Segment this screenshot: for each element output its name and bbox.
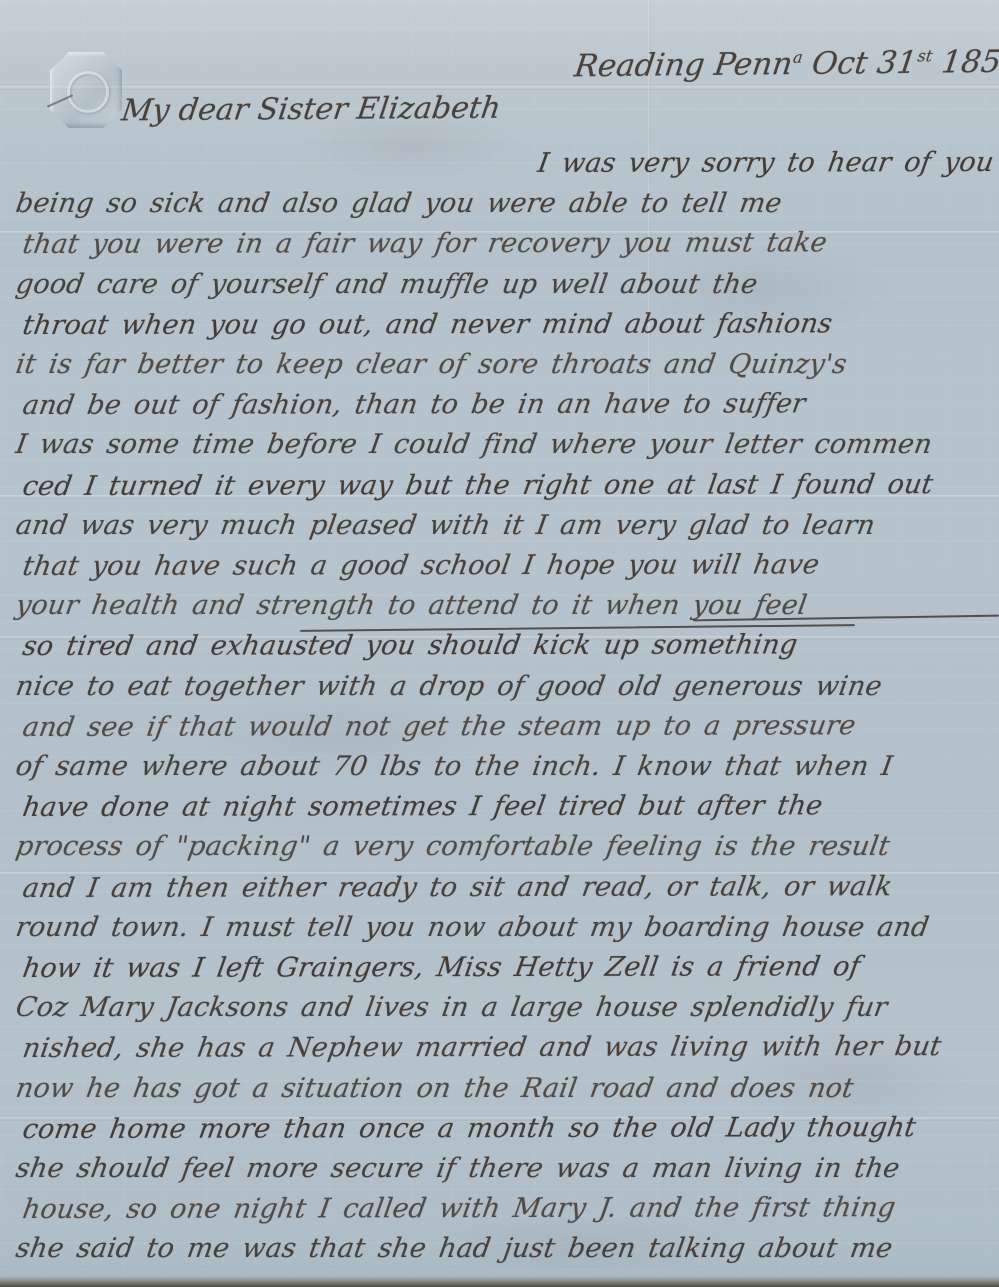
letter-line: nice to eat together with a drop of good…	[13, 667, 990, 707]
letter-line: good care of yourself and muffle up well…	[13, 265, 990, 305]
fold-crease	[0, 86, 999, 90]
letter-line: she should feel more secure if there was…	[13, 1149, 990, 1189]
letter-line: and be out of fashion, than to be in an …	[20, 384, 991, 426]
heading-year: 1858	[939, 44, 999, 81]
letter-line: it is far better to keep clear of sore t…	[13, 345, 990, 385]
letter-line: and was very much pleased with it I am v…	[13, 506, 990, 546]
letter-line: I was some time before I could find wher…	[13, 425, 990, 465]
letter-line: Coz Mary Jacksons and lives in a large h…	[13, 988, 990, 1028]
letter-line: how it was I left Graingers, Miss Hetty …	[20, 947, 991, 989]
letter-line: process of "packing" a very comfortable …	[13, 827, 990, 867]
letter-line: and see if that would not get the steam …	[20, 706, 991, 748]
heading-date: Oct 31	[810, 45, 919, 82]
letter-line: that you were in a fair way for recovery…	[20, 223, 991, 265]
scan-bottom-edge	[0, 1276, 999, 1287]
letter-heading: Reading Penna Oct 31st 1858	[572, 44, 999, 85]
embossed-seal	[50, 52, 122, 128]
letter-page: Reading Penna Oct 31st 1858 My dear Sist…	[0, 0, 999, 1287]
letter-line: I was very sorry to hear of you	[20, 143, 991, 185]
letter-line: nished, she has a Nephew married and was…	[20, 1027, 991, 1069]
letter-line: now he has got a situation on the Rail r…	[13, 1069, 990, 1109]
letter-line: so tired and exhausted you should kick u…	[20, 625, 991, 667]
letter-line: come home more than once a month so the …	[20, 1108, 991, 1150]
heading-place: Reading Penn	[572, 46, 794, 84]
letter-line: house, so one night I called with Mary J…	[20, 1188, 991, 1230]
letter-line: ced I turned it every way but the right …	[20, 465, 991, 507]
heading-date-superscript: st	[916, 46, 933, 65]
letter-line: of same where about 70 lbs to the inch. …	[13, 747, 990, 787]
letter-line: that you have such a good school I hope …	[20, 545, 991, 587]
letter-line: have done at night sometimes I feel tire…	[20, 786, 991, 828]
letter-line: throat when you go out, and never mind a…	[20, 304, 991, 346]
embossed-seal-ring	[67, 71, 109, 113]
letter-line: your health and strength to attend to it…	[13, 586, 990, 626]
letter-line: she said to me was that she had just bee…	[13, 1229, 990, 1269]
letter-body: I was very sorry to hear of you being so…	[16, 144, 987, 1270]
letter-line: and I am then either ready to sit and re…	[20, 867, 991, 909]
heading-place-superscript: a	[792, 48, 804, 67]
letter-line: round town. I must tell you now about my…	[13, 908, 990, 948]
letter-line: being so sick and also glad you were abl…	[13, 184, 990, 224]
salutation: My dear Sister Elizabeth	[119, 91, 502, 129]
